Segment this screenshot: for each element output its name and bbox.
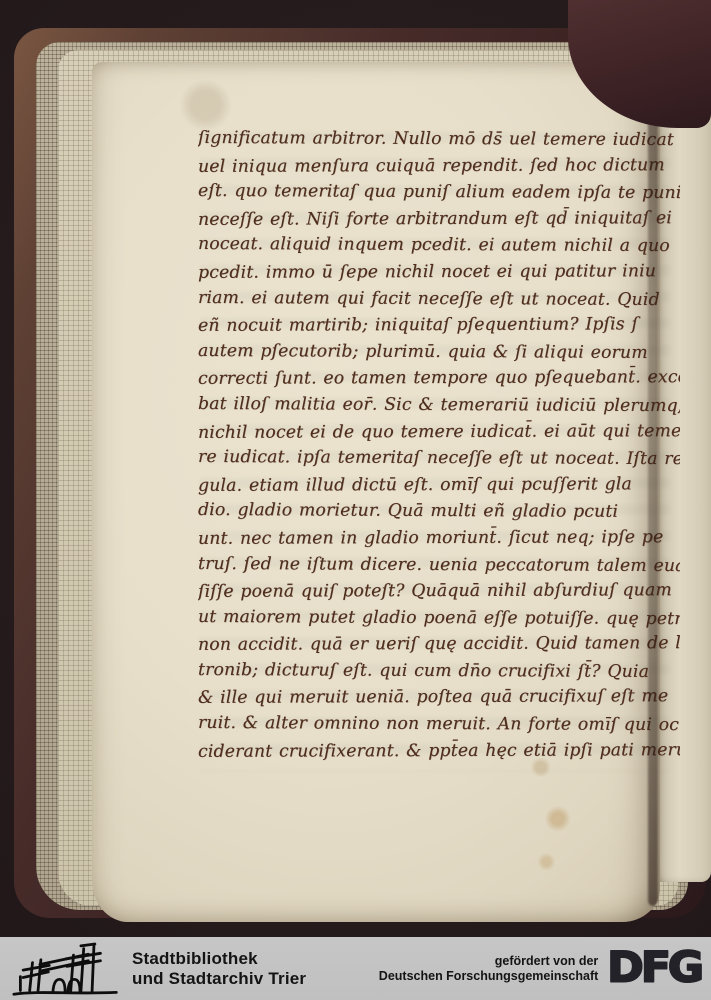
funding-credit-line1: gefördert von der [379, 954, 599, 969]
manuscript-text-line: neceſſe eſt. Niſi forte arbitrandum eſt … [198, 205, 680, 233]
manuscript-text-line: tronib; dicturuſ eſt. qui cum dn̄o cruci… [198, 657, 680, 686]
gutter-crease-shadow [648, 60, 658, 906]
manuscript-photo: ſignificatum arbitror. Nullo mō ds̄ uel … [0, 0, 711, 937]
library-name: Stadtbibliothek und Stadtarchiv Trier [132, 949, 306, 989]
manuscript-text-line: ruit. & alter omnino non meruit. An fort… [198, 710, 680, 739]
digitized-manuscript-view: ſignificatum arbitror. Nullo mō ds̄ uel … [0, 0, 711, 1000]
manuscript-text-line: unt. nec tamen in gladio moriunt̄. ſicut… [198, 524, 680, 552]
funding-credit: gefördert von der Deutschen Forschungsge… [379, 954, 599, 984]
library-name-line1: Stadtbibliothek [132, 949, 306, 969]
manuscript-text-line: ſignificatum arbitror. Nullo mō ds̄ uel … [198, 125, 680, 154]
manuscript-text-line: ſiſſe poenā quiſ poteſt? Quāquā nihil ab… [198, 577, 680, 605]
dfg-logo: DFG [607, 946, 701, 988]
manuscript-text-line: re iudicat. ipſa temeritaſ neceſſe eſt u… [198, 444, 680, 473]
manuscript-text-line: ut maiorem putet gladio poenā eſſe potui… [198, 604, 680, 633]
library-name-line2: und Stadtarchiv Trier [132, 969, 306, 989]
footer-banner: Stadtbibliothek und Stadtarchiv Trier ge… [0, 937, 711, 1000]
manuscript-text-line: non accidit. quā er ueriſ quę accidit. Q… [198, 630, 680, 658]
manuscript-text-line: bat illoſ malitia eor̄. Sic & temerariū … [198, 391, 680, 420]
manuscript-text-line: gula. etiam illud dictū eſt. omīſ qui pc… [198, 471, 680, 499]
manuscript-text-line: & ille qui meruit ueniā. poſtea quā cruc… [198, 684, 680, 712]
manuscript-text-line: pcedit. immo ū ſepe nichil nocet ei qui … [198, 258, 680, 286]
manuscript-text-line: riam. ei autem qui facit neceſſe eſt ut … [198, 285, 680, 314]
manuscript-text-line: uel iniqua menſura cuiquā rependit. ſed … [198, 152, 680, 180]
manuscript-text-line: correcti ſunt. eo tamen tempore quo pſeq… [198, 365, 680, 393]
manuscript-text-line: noceat. aliquid inquem pcedit. ei autem … [198, 231, 680, 260]
manuscript-text-line: nichil nocet ei de quo temere iudicat̄. … [198, 418, 680, 446]
manuscript-text-line: eñ nocuit martirib; iniquitaſ pſequentiu… [198, 311, 680, 339]
porta-nigra-logo-icon [12, 942, 120, 1000]
funding-credit-line2: Deutschen Forschungsgemeinschaft [379, 969, 599, 984]
manuscript-text-line: truſ. ſed ne iſtum dicere. uenia peccato… [198, 550, 680, 579]
manuscript-text-line: dio. gladio morietur. Quā multi eñ gladi… [198, 497, 680, 526]
manuscript-text-line: ciderant crucifixerant. & ppt̄ea hęc eti… [198, 737, 680, 765]
manuscript-text-block: ſignificatum arbitror. Nullo mō ds̄ uel … [198, 126, 680, 764]
manuscript-page: ſignificatum arbitror. Nullo mō ds̄ uel … [92, 62, 660, 922]
manuscript-text-line: autem pſecutorib; plurimū. quia & ſi ali… [198, 338, 680, 367]
manuscript-text-line: eſt. quo temeritaſ qua puniſ alium eadem… [198, 178, 680, 207]
